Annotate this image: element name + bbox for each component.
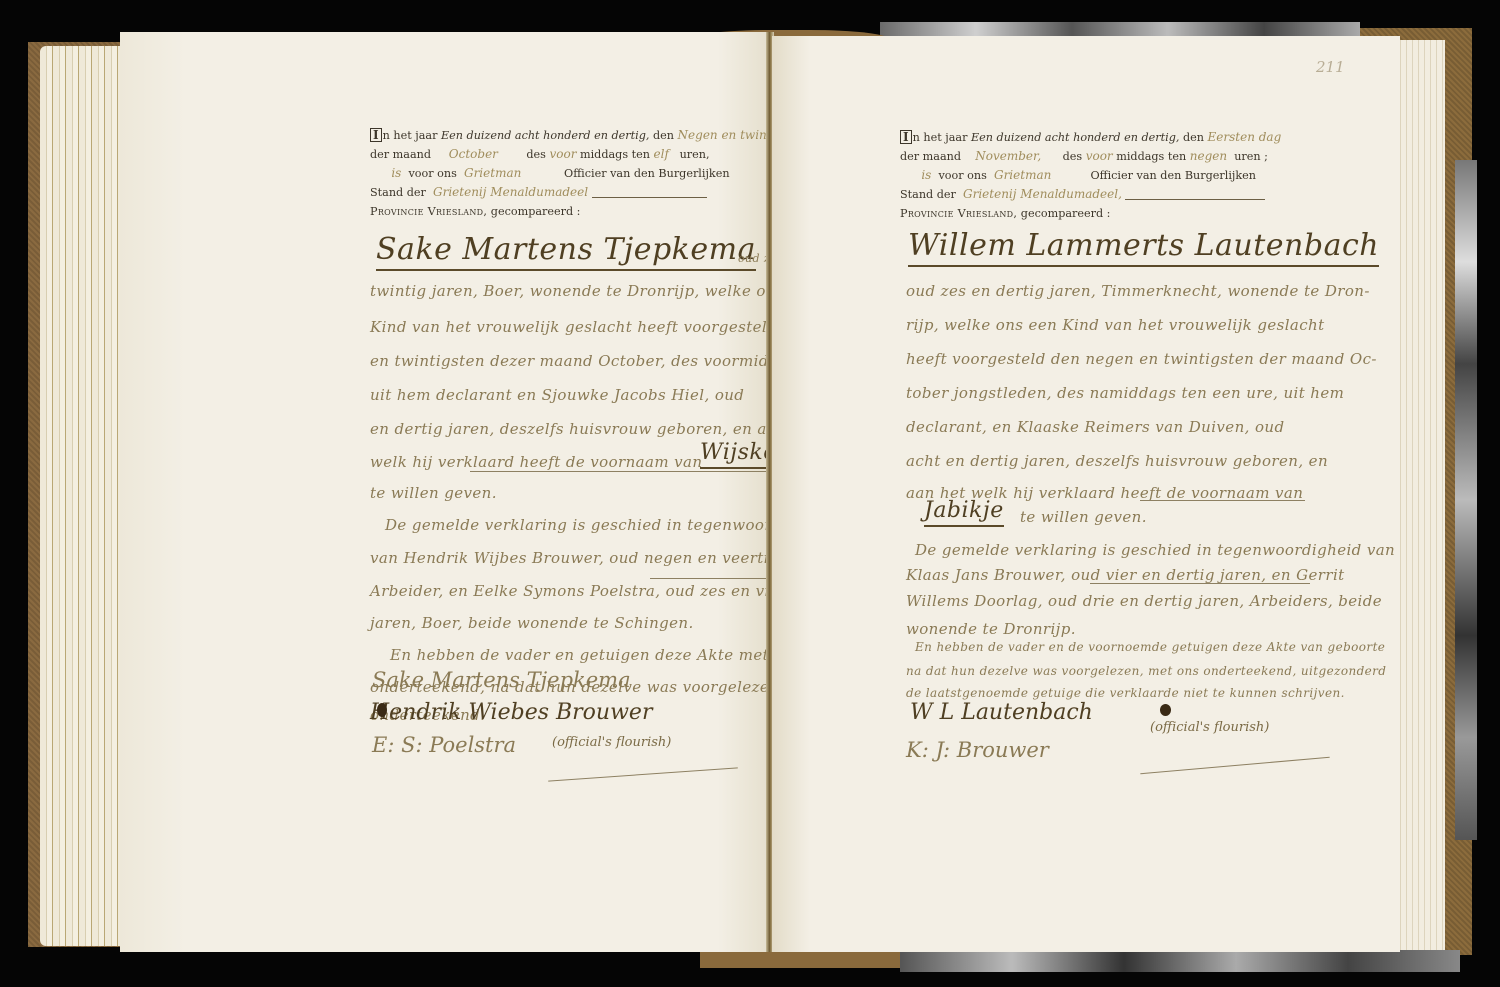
official-signature: (official's flourish) [1150, 720, 1269, 735]
initial-letter: I [370, 128, 382, 142]
initial-letter: I [900, 130, 912, 144]
right-child-name: Jabikje [924, 498, 1004, 527]
handwritten-day: Eersten dag [1208, 130, 1282, 144]
page-edges-right [1395, 40, 1445, 950]
handwritten-officer-title: Grietman [994, 168, 1051, 182]
signature-witness-1: Hendrik Wiebes Brouwer [370, 700, 652, 725]
ink-blot [1160, 704, 1171, 716]
handwritten-officer-title: Grietman [464, 166, 521, 180]
spine-bottom [700, 950, 900, 968]
left-printed-header: In het jaar Een duizend acht honderd en … [370, 126, 790, 221]
ink-blot [377, 703, 387, 717]
folio-number: 211 [1316, 58, 1345, 76]
handwritten-municipality: Grietenij Menaldumadeel, [963, 187, 1122, 201]
handwritten-month: October [449, 147, 498, 161]
signature-witness-2: E: S: Poelstra [372, 733, 516, 757]
marbled-board-bottom [900, 950, 1460, 972]
handwritten-hour: elf [654, 147, 669, 161]
left-declarant-name: Sake Martens Tjepkema [376, 232, 756, 271]
right-declarant-name: Willem Lammerts Lautenbach [908, 228, 1379, 267]
signature-father: Sake Martens Tjepkema [372, 668, 631, 692]
handwritten-month: November, [975, 149, 1041, 163]
marbled-board-right [1455, 160, 1477, 840]
handwritten-hour: negen [1190, 149, 1227, 163]
handwritten-municipality: Grietenij Menaldumadeel [433, 185, 588, 199]
signature-father: W L Lautenbach [910, 700, 1093, 725]
signature-witness-1: K: J: Brouwer [906, 738, 1049, 762]
official-signature: (official's flourish) [552, 735, 671, 750]
right-printed-header: In het jaar Een duizend acht honderd en … [900, 128, 1320, 223]
